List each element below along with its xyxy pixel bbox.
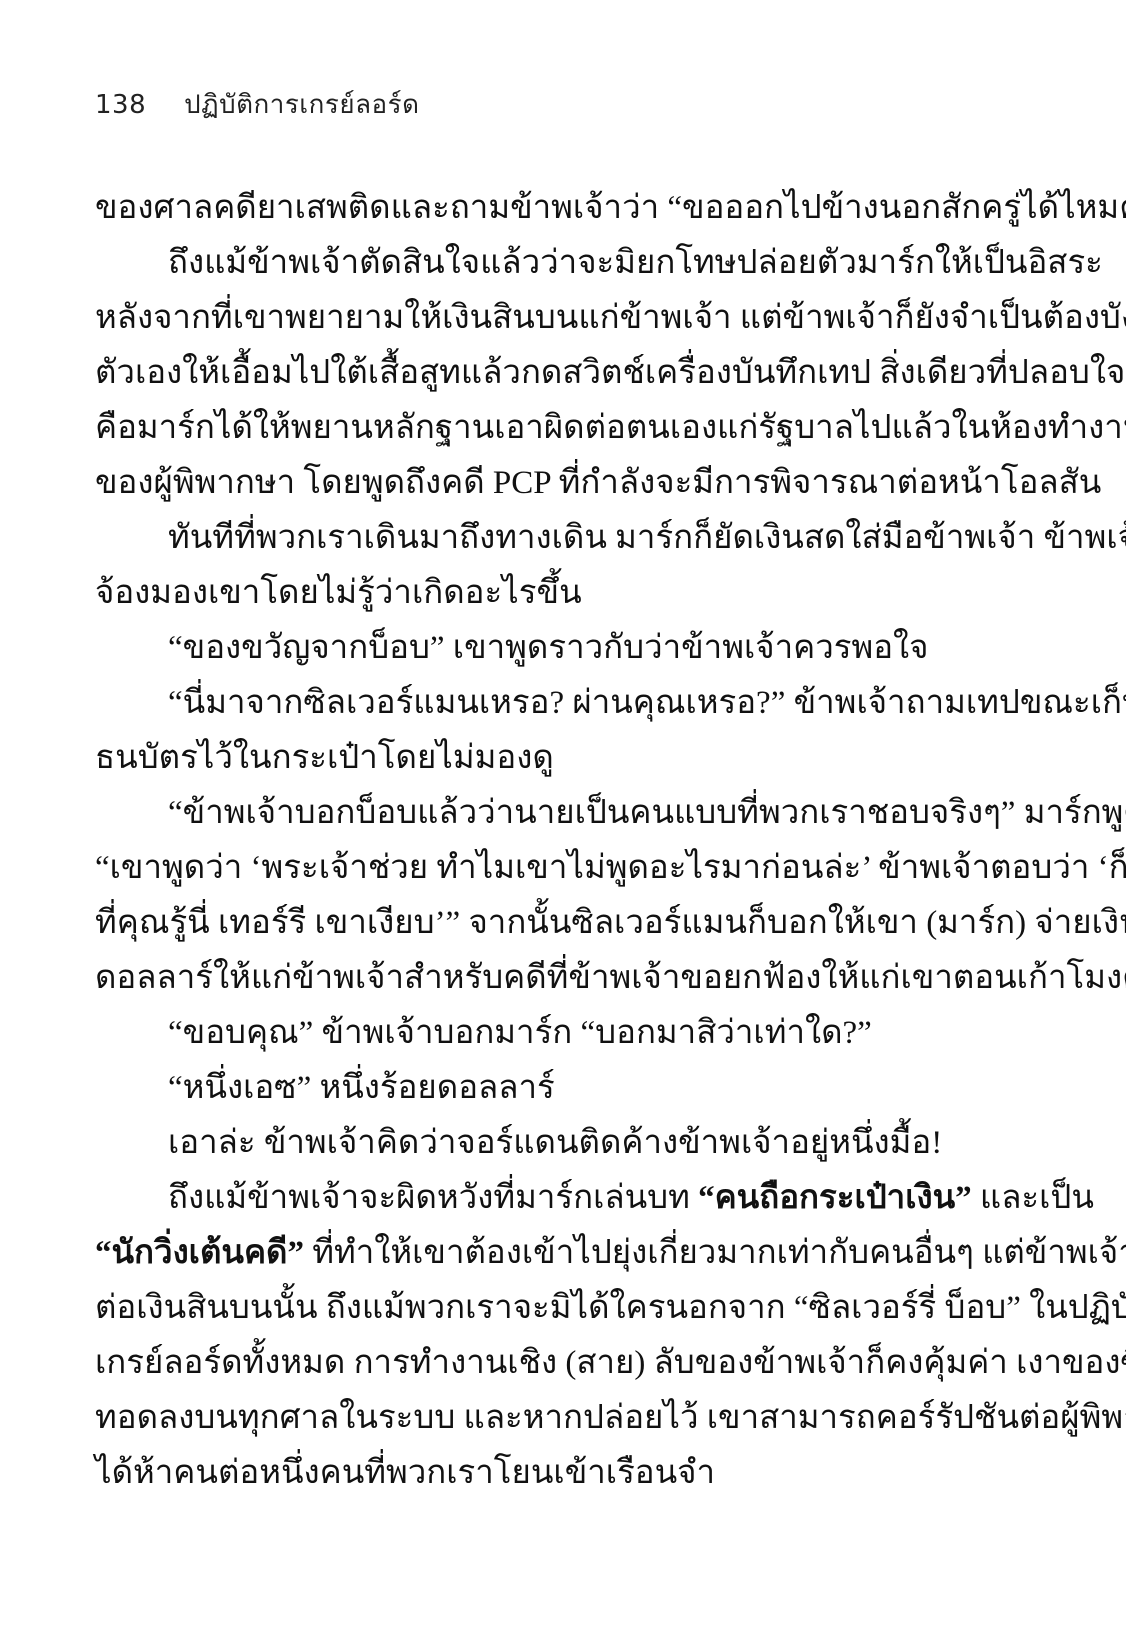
text-segment: ดอลลาร์ให้แก่ข้าพเจ้าสำหรับคดีที่ข้าพเจ้… bbox=[95, 960, 1126, 996]
text-segment: ต่อเงินสินบนนั้น ถึงแม้พวกเราจะมิได้ใครน… bbox=[95, 1290, 1126, 1326]
page-header: 138 ปฏิบัติการเกรย์ลอร์ด bbox=[95, 84, 1040, 125]
text-line: หลังจากที่เขาพยายามให้เงินสินบนแก่ข้าพเจ… bbox=[95, 291, 1040, 346]
page-number: 138 bbox=[95, 90, 146, 120]
text-segment: ตัวเองให้เอื้อมไปใต้เสื้อสูทแล้วกดสวิตช์… bbox=[95, 355, 1126, 391]
text-line: “เขาพูดว่า ‘พระเจ้าช่วย ทำไมเขาไม่พูดอะไ… bbox=[95, 841, 1040, 896]
text-line: ถึงแม้ข้าพเจ้าจะผิดหวังที่มาร์กเล่นบท “ค… bbox=[95, 1171, 1040, 1226]
text-segment: ของผู้พิพากษา โดยพูดถึงคดี PCP ที่กำลังจ… bbox=[95, 465, 1101, 501]
text-segment: “นี่มาจากซิลเวอร์แมนเหรอ? ผ่านคุณเหรอ?” … bbox=[168, 685, 1126, 721]
text-segment: เอาล่ะ ข้าพเจ้าคิดว่าจอร์แดนติดค้างข้าพเ… bbox=[168, 1125, 942, 1161]
text-segment: ได้ห้าคนต่อหนึ่งคนที่พวกเราโยนเข้าเรือนจ… bbox=[95, 1455, 715, 1491]
text-line: ได้ห้าคนต่อหนึ่งคนที่พวกเราโยนเข้าเรือนจ… bbox=[95, 1446, 1040, 1501]
body-text: ของศาลคดียาเสพติดและถามข้าพเจ้าว่า “ขอออ… bbox=[95, 181, 1040, 1501]
text-segment: และเป็น bbox=[972, 1180, 1094, 1216]
text-line: ถึงแม้ข้าพเจ้าตัดสินใจแล้วว่าจะมิยกโทษปล… bbox=[95, 236, 1040, 291]
text-line: เอาล่ะ ข้าพเจ้าคิดว่าจอร์แดนติดค้างข้าพเ… bbox=[95, 1116, 1040, 1171]
bold-phrase: “นักวิ่งเต้นคดี” bbox=[95, 1235, 304, 1271]
text-segment: ทอดลงบนทุกศาลในระบบ และหากปล่อยไว้ เขาสา… bbox=[95, 1400, 1126, 1436]
text-segment: “หนึ่งเอซ” หนึ่งร้อยดอลลาร์ bbox=[168, 1070, 555, 1106]
text-segment: ของศาลคดียาเสพติดและถามข้าพเจ้าว่า “ขอออ… bbox=[95, 190, 1126, 226]
text-segment: ถึงแม้ข้าพเจ้าจะผิดหวังที่มาร์กเล่นบท bbox=[168, 1180, 698, 1216]
text-line: ของผู้พิพากษา โดยพูดถึงคดี PCP ที่กำลังจ… bbox=[95, 456, 1040, 511]
text-segment: “เขาพูดว่า ‘พระเจ้าช่วย ทำไมเขาไม่พูดอะไ… bbox=[95, 850, 1126, 886]
text-segment: คือมาร์กได้ให้พยานหลักฐานเอาผิดต่อตนเองแ… bbox=[95, 410, 1126, 446]
text-line: ต่อเงินสินบนนั้น ถึงแม้พวกเราจะมิได้ใครน… bbox=[95, 1281, 1040, 1336]
text-segment: ที่คุณรู้นี่ เทอร์รี เขาเงียบ’” จากนั้นซ… bbox=[95, 905, 1126, 941]
text-line: จ้องมองเขาโดยไม่รู้ว่าเกิดอะไรขึ้น bbox=[95, 566, 1040, 621]
book-page: 138 ปฏิบัติการเกรย์ลอร์ด ของศาลคดียาเสพต… bbox=[0, 0, 1126, 1638]
text-line: “ขอบคุณ” ข้าพเจ้าบอกมาร์ก “บอกมาสิว่าเท่… bbox=[95, 1006, 1040, 1061]
text-segment: ที่ทำให้เขาต้องเข้าไปยุ่งเกี่ยวมากเท่ากั… bbox=[304, 1235, 1126, 1271]
text-line: ตัวเองให้เอื้อมไปใต้เสื้อสูทแล้วกดสวิตช์… bbox=[95, 346, 1040, 401]
text-line: “นี่มาจากซิลเวอร์แมนเหรอ? ผ่านคุณเหรอ?” … bbox=[95, 676, 1040, 731]
text-line: คือมาร์กได้ให้พยานหลักฐานเอาผิดต่อตนเองแ… bbox=[95, 401, 1040, 456]
text-segment: เกรย์ลอร์ดทั้งหมด การทำงานเชิง (สาย) ลับ… bbox=[95, 1345, 1126, 1381]
text-line: เกรย์ลอร์ดทั้งหมด การทำงานเชิง (สาย) ลับ… bbox=[95, 1336, 1040, 1391]
text-line: ที่คุณรู้นี่ เทอร์รี เขาเงียบ’” จากนั้นซ… bbox=[95, 896, 1040, 951]
text-line: ของศาลคดียาเสพติดและถามข้าพเจ้าว่า “ขอออ… bbox=[95, 181, 1040, 236]
text-segment: “ขอบคุณ” ข้าพเจ้าบอกมาร์ก “บอกมาสิว่าเท่… bbox=[168, 1015, 872, 1051]
text-segment: ธนบัตรไว้ในกระเป๋าโดยไม่มองดู bbox=[95, 740, 554, 776]
text-line: ทอดลงบนทุกศาลในระบบ และหากปล่อยไว้ เขาสา… bbox=[95, 1391, 1040, 1446]
text-line: ดอลลาร์ให้แก่ข้าพเจ้าสำหรับคดีที่ข้าพเจ้… bbox=[95, 951, 1040, 1006]
text-segment: จ้องมองเขาโดยไม่รู้ว่าเกิดอะไรขึ้น bbox=[95, 575, 582, 611]
text-segment: “ข้าพเจ้าบอกบ็อบแล้วว่านายเป็นคนแบบที่พว… bbox=[168, 795, 1126, 831]
text-line: ทันทีที่พวกเราเดินมาถึงทางเดิน มาร์กก็ยั… bbox=[95, 511, 1040, 566]
text-line: “ข้าพเจ้าบอกบ็อบแล้วว่านายเป็นคนแบบที่พว… bbox=[95, 786, 1040, 841]
text-line: ธนบัตรไว้ในกระเป๋าโดยไม่มองดู bbox=[95, 731, 1040, 786]
text-segment: หลังจากที่เขาพยายามให้เงินสินบนแก่ข้าพเจ… bbox=[95, 300, 1126, 336]
bold-phrase: “คนถือกระเป๋าเงิน” bbox=[698, 1180, 972, 1216]
running-title: ปฏิบัติการเกรย์ลอร์ด bbox=[184, 84, 419, 125]
text-segment: “ของขวัญจากบ็อบ” เขาพูดราวกับว่าข้าพเจ้า… bbox=[168, 630, 928, 666]
text-line: “ของขวัญจากบ็อบ” เขาพูดราวกับว่าข้าพเจ้า… bbox=[95, 621, 1040, 676]
text-line: “นักวิ่งเต้นคดี” ที่ทำให้เขาต้องเข้าไปยุ… bbox=[95, 1226, 1040, 1281]
text-segment: ถึงแม้ข้าพเจ้าตัดสินใจแล้วว่าจะมิยกโทษปล… bbox=[168, 245, 1103, 281]
text-segment: ทันทีที่พวกเราเดินมาถึงทางเดิน มาร์กก็ยั… bbox=[168, 520, 1126, 556]
text-line: “หนึ่งเอซ” หนึ่งร้อยดอลลาร์ bbox=[95, 1061, 1040, 1116]
